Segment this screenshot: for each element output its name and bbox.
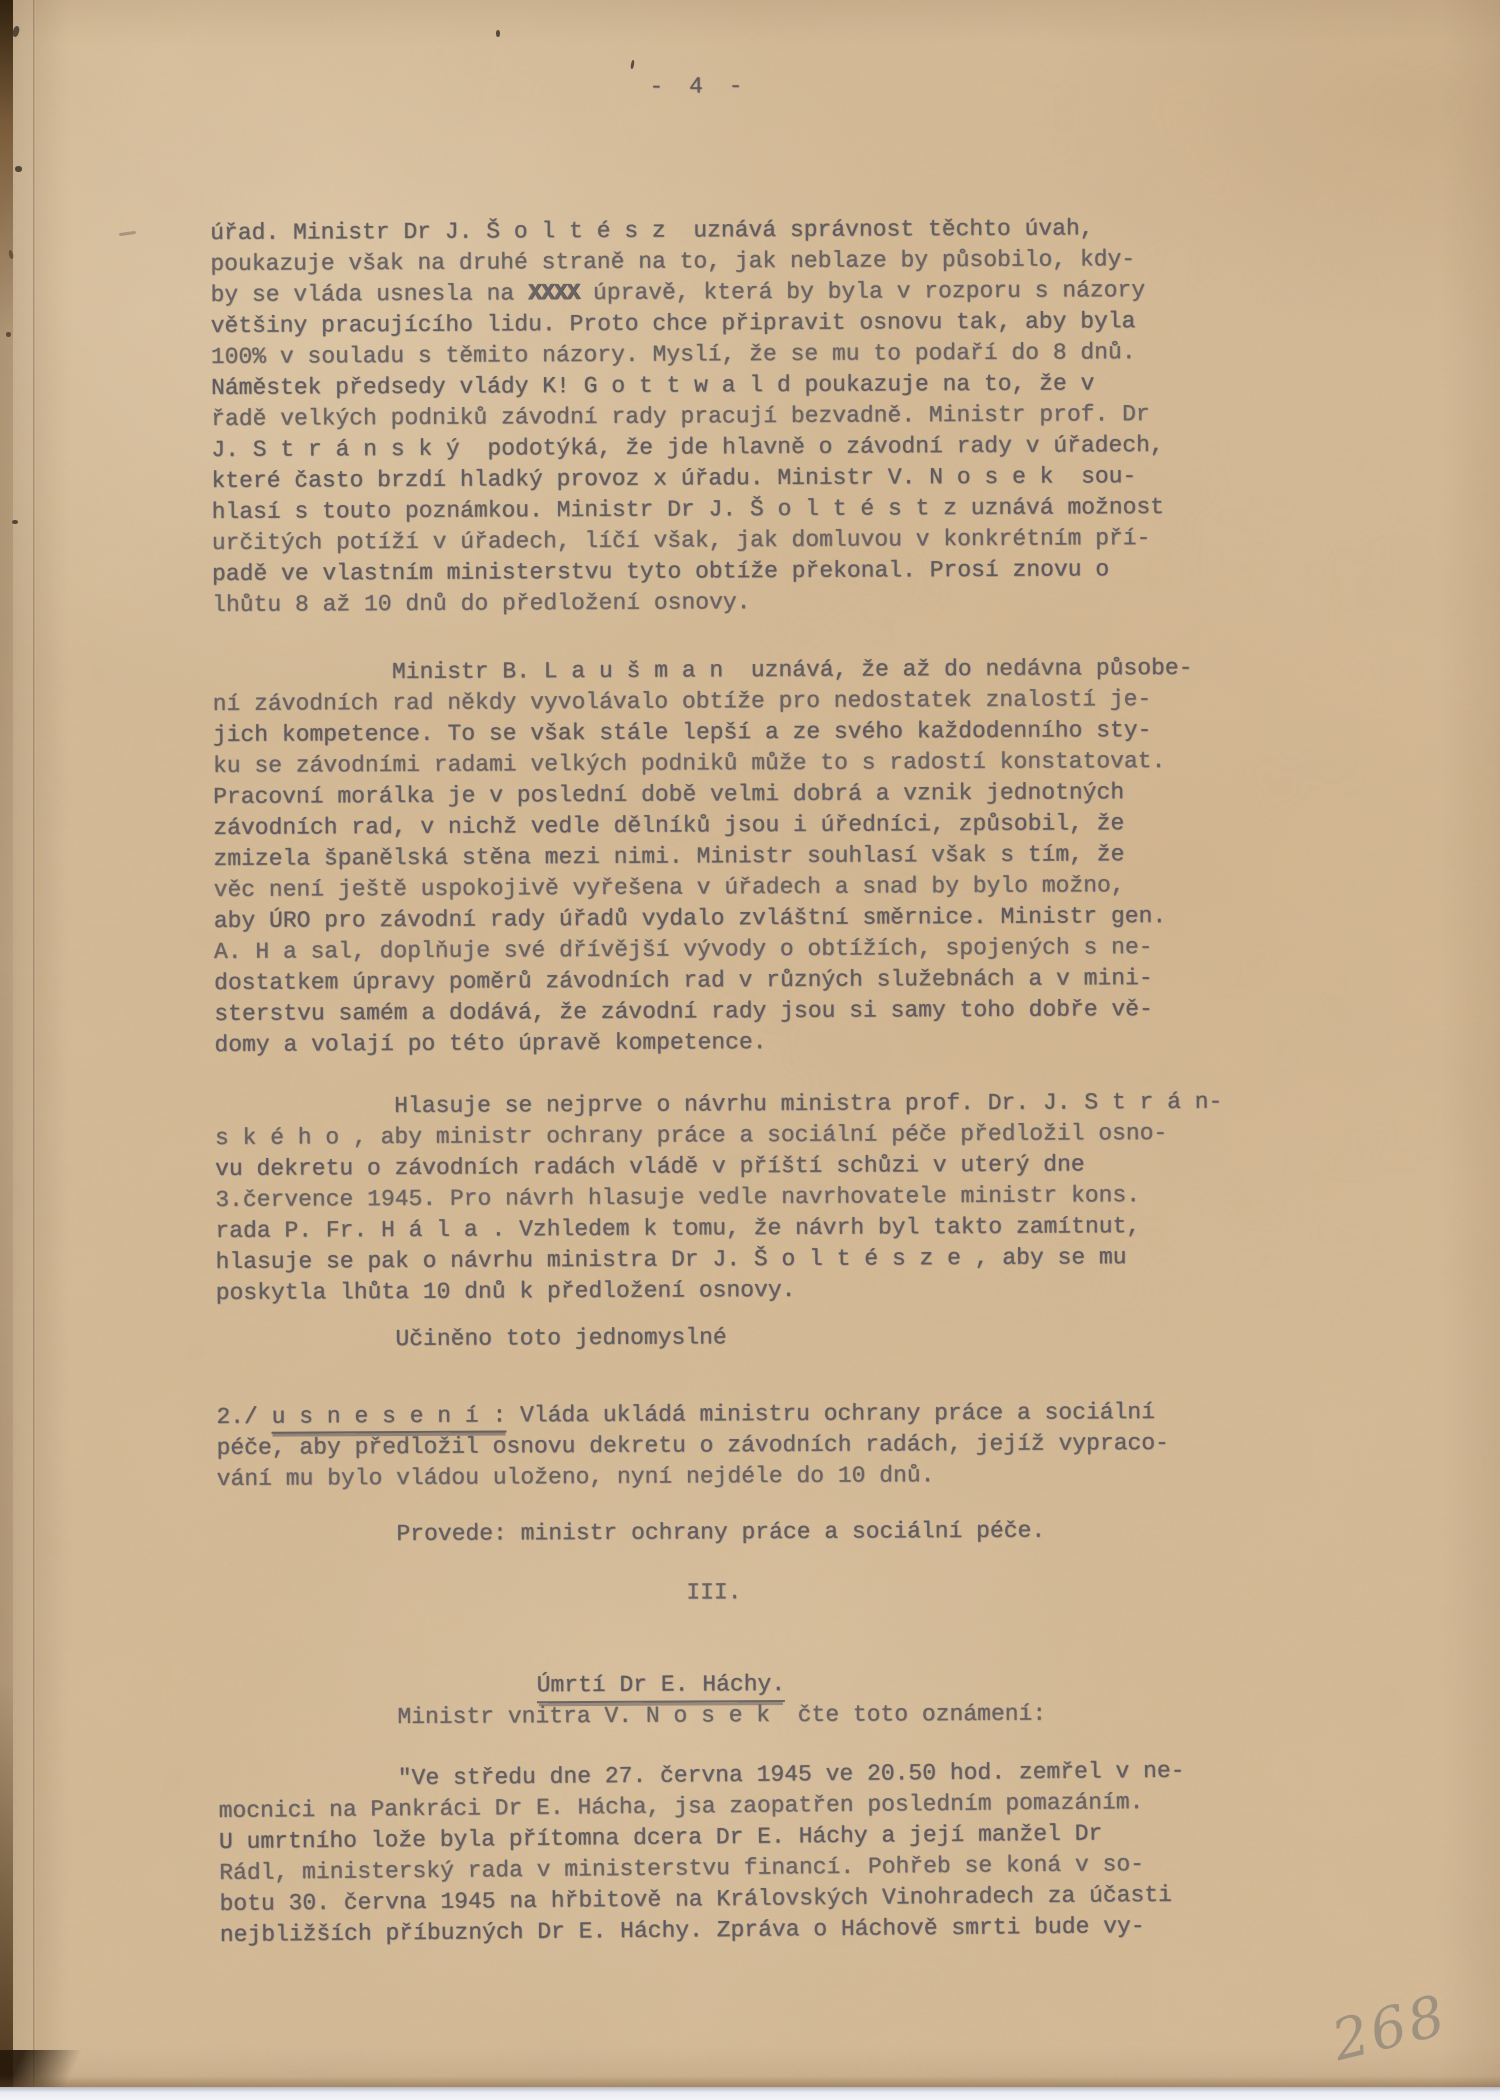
- line-nosek: Ministr vnitra V. N o s e k čte toto ozn…: [218, 1699, 1046, 1734]
- typed-line: věc není ještě uspokojivě vyřešena v úřa…: [214, 870, 1194, 906]
- typed-text-column: - 4 - úřad. Ministr Dr J. Š o l t é s z …: [209, 0, 1280, 2100]
- scanner-edge-strip: [0, 2087, 1500, 2100]
- paragraph-lausman: Ministr B. L a u š m a n uznává, že až d…: [212, 653, 1194, 1061]
- typed-line: sterstvu samém a dodává, že závodní rady…: [214, 994, 1194, 1030]
- typed-line: které často brzdí hladký provoz x úřadu.…: [211, 461, 1164, 497]
- typed-text: by se vláda usnesla na: [210, 280, 528, 308]
- section-heading-text: Úmrtí Dr E. Háchy.: [537, 1671, 786, 1703]
- typed-line: většiny pracujícího lidu. Proto chce při…: [211, 306, 1164, 342]
- typed-line: závodních rad, v nichž vedle dělníků jso…: [213, 808, 1193, 844]
- section-heading: Úmrtí Dr E. Háchy.: [454, 1638, 785, 1671]
- typed-line: ní závodních rad někdy vyvolávalo obtíže…: [213, 684, 1193, 720]
- paragraph-soltesz: úřad. Ministr Dr J. Š o l t é s z uznává…: [210, 213, 1164, 621]
- section-number: III.: [686, 1577, 741, 1608]
- typed-line: padě ve vlastním ministerstvu tyto obtíž…: [212, 554, 1165, 590]
- typed-line: dostatkem úpravy poměrů závodních rad v …: [214, 963, 1194, 999]
- typed-lines: Hlasuje se nejprve o návrhu ministra pro…: [215, 1087, 1224, 1309]
- typed-line: Ministr B. L a u š m a n uznává, že až d…: [212, 653, 1192, 689]
- typed-line: Pracovní morálka je v poslední době velm…: [213, 777, 1193, 813]
- page-curl-shadow: [0, 2076, 1500, 2087]
- typed-line: vání mu bylo vládou uloženo, nyní nejdél…: [217, 1459, 1170, 1495]
- resolution-item-number: 2./: [216, 1404, 271, 1430]
- typed-line-resolution: 2./ u s n e s e n í : Vláda ukládá minis…: [216, 1397, 1169, 1433]
- handwritten-archive-number: 268: [1326, 1983, 1454, 2074]
- typed-text: úpravě, která by byla v rozporu s názory: [579, 277, 1145, 306]
- typed-line: určitých potíží v úřadech, líčí však, ja…: [212, 523, 1165, 559]
- typed-line: poukazuje však na druhé straně na to, ja…: [210, 244, 1163, 280]
- paragraph-vote: Hlasuje se nejprve o návrhu ministra pro…: [215, 1087, 1224, 1309]
- ink-speck: [15, 166, 22, 172]
- typed-line: zmizela španělská stěna mezi nimi. Minis…: [213, 839, 1193, 875]
- overstruck-text: XXXX: [528, 280, 579, 306]
- typed-line: domy a volají po této úpravě kompetence.: [214, 1025, 1194, 1061]
- typed-lines: Ministr B. L a u š m a n uznává, že až d…: [212, 653, 1194, 1061]
- scanned-page: - 4 - úřad. Ministr Dr J. Š o l t é s z …: [0, 0, 1500, 2100]
- typed-text: Vláda ukládá ministru ochrany práce a so…: [506, 1399, 1155, 1428]
- typed-line: řadě velkých podniků závodní rady pracuj…: [211, 399, 1164, 435]
- typed-line: 100% v souladu s těmito názory. Myslí, ž…: [211, 337, 1164, 373]
- typed-line: péče, aby předložil osnovu dekretu o záv…: [217, 1428, 1170, 1464]
- paragraph-obituary: "Ve středu dne 27. června 1945 ve 20.50 …: [218, 1756, 1186, 1951]
- typed-line: ku se závodními radami velkých podniků m…: [213, 746, 1193, 782]
- typed-line: J. S t r á n s k ý podotýká, že jde hlav…: [211, 430, 1164, 466]
- binding-edge-shadow: [0, 0, 13, 2100]
- typed-line: aby ÚRO pro závodní rady úřadů vydalo zv…: [214, 901, 1194, 937]
- typed-line: Náměstek předsedy vlády K! G o t t w a l…: [211, 368, 1164, 404]
- typed-lines: "Ve středu dne 27. června 1945 ve 20.50 …: [218, 1756, 1186, 1951]
- typed-line: lhůtu 8 až 10 dnů do předložení osnovy.: [212, 585, 1165, 621]
- typed-line: hlasí s touto poznámkou. Ministr Dr J. Š…: [212, 492, 1165, 528]
- typed-lines: většiny pracujícího lidu. Proto chce při…: [211, 306, 1165, 621]
- fold-crease: [33, 0, 36, 2100]
- typed-line: úřad. Ministr Dr J. Š o l t é s z uznává…: [210, 213, 1163, 249]
- pencil-mark: [119, 231, 136, 236]
- paragraph-resolution: 2./ u s n e s e n í : Vláda ukládá minis…: [216, 1397, 1169, 1495]
- typed-line: jich kompetence. To se však stále lepší …: [213, 715, 1193, 751]
- page-number: - 4 -: [649, 71, 748, 103]
- line-provede: Provede: ministr ochrany práce a sociáln…: [217, 1516, 1045, 1551]
- typed-lines: péče, aby předložil osnovu dekretu o záv…: [217, 1428, 1170, 1495]
- typed-line: poskytla lhůta 10 dnů k předložení osnov…: [216, 1273, 1224, 1309]
- typed-lines: úřad. Ministr Dr J. Š o l t é s z uznává…: [210, 213, 1163, 280]
- typed-line-overstrike: by se vláda usnesla na XXXX úpravě, kter…: [210, 275, 1163, 311]
- resolution-underlined-word: u s n e s e n í :: [272, 1402, 507, 1433]
- line-unanimous: Učiněno toto jednomyslné: [216, 1322, 727, 1356]
- typed-line: A. H a sal, doplňuje své dřívější vývody…: [214, 932, 1194, 968]
- ink-speck: [496, 30, 500, 37]
